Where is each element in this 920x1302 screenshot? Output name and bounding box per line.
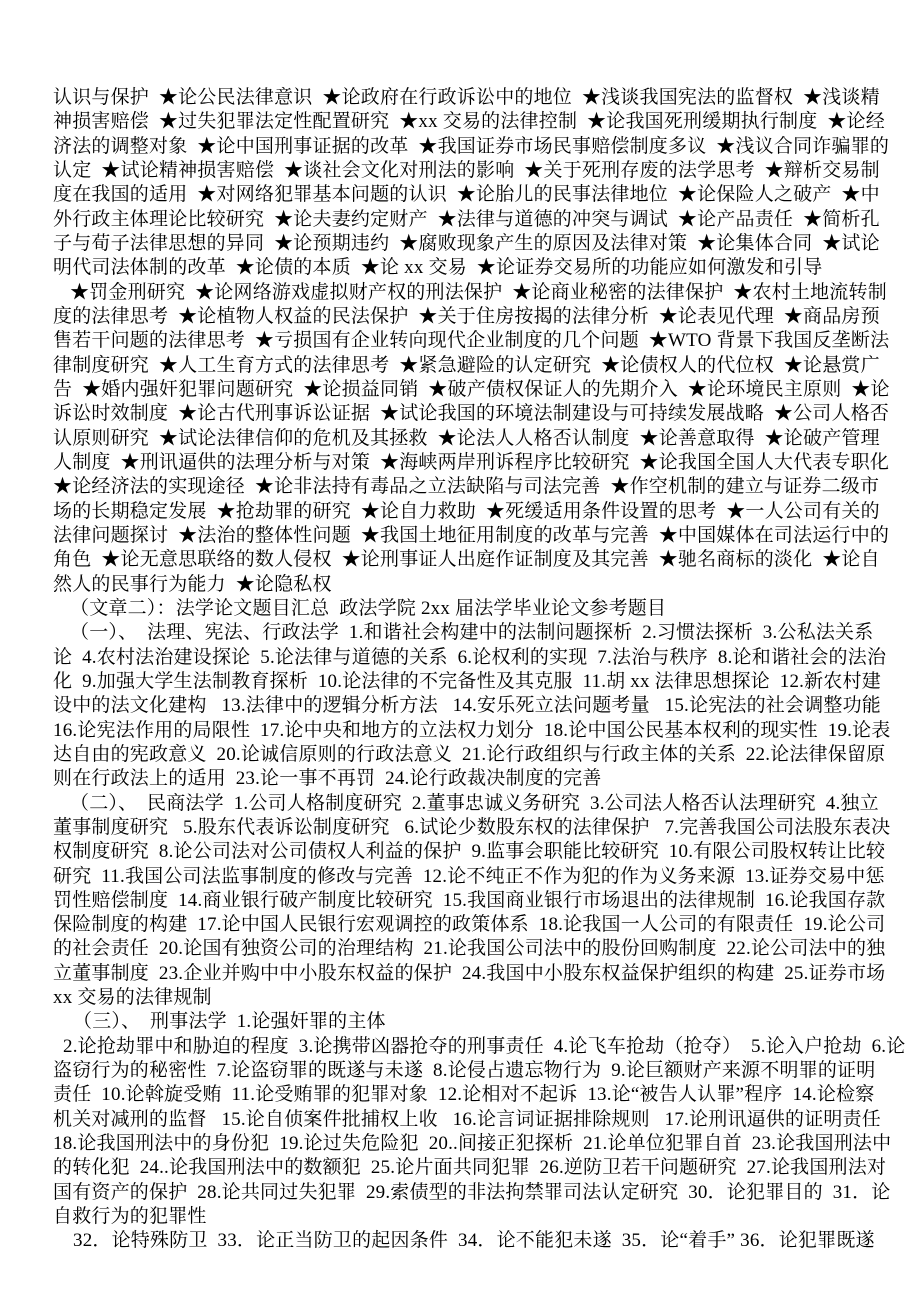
text-line: 度的法律思考 ★论植物人权益的民法保护 ★关于住房按揭的法律分析 ★论表见代理 … [53, 305, 906, 329]
text-line: 人制度 ★刑讯逼供的法理分析与对策 ★海峡两岸刑诉程序比较研究 ★论我国全国人大… [53, 451, 906, 475]
text-line: 然人的民事行为能力 ★论隐私权 [53, 573, 906, 597]
text-line: 国有资产的保护 28.论共同过失犯罪 29.索债型的非法拘禁罪司法认定研究 30… [53, 1181, 906, 1205]
text-line: 化 9.加强大学生法制教育探析 10.论法律的不完备性及其克服 11.胡 xx … [53, 670, 906, 694]
text-line: 立董事制度 23.企业并购中中小股东权益的保护 24.我国中小股东权益保护组织的… [53, 962, 906, 986]
text-line: 董事制度研究 5.股东代表诉讼制度研究 6.试论少数股东权的法律保护 7.完善我… [53, 816, 906, 840]
text-line: 32．论特殊防卫 33．论正当防卫的起因条件 34．论不能犯未遂 35．论“着手… [53, 1229, 906, 1253]
text-line: 认识与保护 ★论公民法律意识 ★论政府在行政诉讼中的地位 ★浅谈我国宪法的监督权… [53, 86, 906, 110]
text-line: 度在我国的适用 ★对网络犯罪基本问题的认识 ★论胎儿的民事法律地位 ★论保险人之… [53, 183, 906, 207]
text-line: 售若干问题的法律思考 ★亏损国有企业转向现代企业制度的几个问题 ★WTO 背景下… [53, 329, 906, 353]
text-line: 角色 ★论无意思联络的数人侵权 ★论刑事证人出庭作证制度及其完善 ★驰名商标的淡… [53, 548, 906, 572]
text-line: 的转化犯 24..论我国刑法中的数额犯 25.论片面共同犯罪 26.逆防卫若干问… [53, 1156, 906, 1180]
text-line: 保险制度的构建 17.论中国人民银行宏观调控的政策体系 18.论我国一人公司的有… [53, 913, 906, 937]
text-line: 场的长期稳定发展 ★抢劫罪的研究 ★论自力救助 ★死缓适用条件设置的思考 ★一人… [53, 500, 906, 524]
text-line: 权制度研究 8.论公司法对公司债权人利益的保护 9.监事会职能比较研究 10.有… [53, 840, 906, 864]
text-line: （一）、 法理、宪法、行政法学 1.和谐社会构建中的法制问题探析 2.习惯法探析… [53, 621, 906, 645]
text-line: （三）、 刑事法学 1.论强奸罪的主体 [53, 1010, 906, 1034]
text-line: 法律问题探讨 ★法治的整体性问题 ★我国土地征用制度的改革与完善 ★中国媒体在司… [53, 524, 906, 548]
text-line: 2.论抢劫罪中和胁迫的程度 3.论携带凶器抢夺的刑事责任 4.论飞车抢劫（抢夺）… [53, 1035, 906, 1059]
text-line: 诉讼时效制度 ★论古代刑事诉讼证据 ★试论我国的环境法制建设与可持续发展战略 ★… [53, 402, 906, 426]
text-line: 告 ★婚内强奸犯罪问题研究 ★论损益同销 ★破产债权保证人的先期介入 ★论环境民… [53, 378, 906, 402]
document-body: 认识与保护 ★论公民法律意识 ★论政府在行政诉讼中的地位 ★浅谈我国宪法的监督权… [53, 86, 906, 1254]
text-line: 外行政主体理论比较研究 ★论夫妻约定财产 ★法律与道德的冲突与调试 ★论产品责任… [53, 208, 906, 232]
text-line: 达自由的宪政意义 20.论诚信原则的行政法意义 21.论行政组织与行政主体的关系… [53, 743, 906, 767]
text-line: 16.论宪法作用的局限性 17.论中央和地方的立法权力划分 18.论中国公民基本… [53, 719, 906, 743]
text-line: 的社会责任 20.论国有独资公司的治理结构 21.论我国公司法中的股份回购制度 … [53, 937, 906, 961]
text-line: 责任 10.论斡旋受贿 11.论受贿罪的犯罪对象 12.论相对不起诉 13.论“… [53, 1083, 906, 1107]
text-line: xx 交易的法律规制 [53, 986, 906, 1010]
text-line: 明代司法体制的改革 ★论债的本质 ★论 xx 交易 ★论证券交易所的功能应如何激… [53, 256, 906, 280]
text-line: 盗窃行为的秘密性 7.论盗窃罪的既遂与未遂 8.论侵占遗忘物行为 9.论巨额财产… [53, 1059, 906, 1083]
text-line: 设中的法文化建构 13.法律中的逻辑分析方法 14.安乐死立法问题考量 15.论… [53, 694, 906, 718]
text-line: 研究 11.我国公司法监事制度的修改与完善 12.论不纯正不作为犯的作为义务来源… [53, 865, 906, 889]
text-line: 则在行政法上的适用 23.论一事不再罚 24.论行政裁决制度的完善 [53, 767, 906, 791]
text-line: 认原则研究 ★试论法律信仰的危机及其拯救 ★论法人人格否认制度 ★论善意取得 ★… [53, 427, 906, 451]
text-line: 18.论我国刑法中的身份犯 19.论过失危险犯 20..间接正犯探析 21.论单… [53, 1132, 906, 1156]
text-line: ★罚金刑研究 ★论网络游戏虚拟财产权的刑法保护 ★论商业秘密的法律保护 ★农村土… [53, 281, 906, 305]
text-line: 罚性赔偿制度 14.商业银行破产制度比较研究 15.我国商业银行市场退出的法律规… [53, 889, 906, 913]
text-line: 神损害赔偿 ★过失犯罪法定性配置研究 ★xx 交易的法律控制 ★论我国死刑缓期执… [53, 110, 906, 134]
text-line: 律制度研究 ★人工生育方式的法律思考 ★紧急避险的认定研究 ★论债权人的代位权 … [53, 354, 906, 378]
text-line: 子与荀子法律思想的异同 ★论预期违约 ★腐败现象产生的原因及法律对策 ★论集体合… [53, 232, 906, 256]
text-line: （文章二）：法学论文题目汇总 政法学院 2xx 届法学毕业论文参考题目 [53, 597, 906, 621]
text-line: 论 4.农村法治建设探论 5.论法律与道德的关系 6.论权利的实现 7.法治与秩… [53, 646, 906, 670]
document-page: 认识与保护 ★论公民法律意识 ★论政府在行政诉讼中的地位 ★浅谈我国宪法的监督权… [0, 0, 920, 1302]
text-line: （二）、 民商法学 1.公司人格制度研究 2.董事忠诚义务研究 3.公司法人格否… [53, 792, 906, 816]
text-line: 自救行为的犯罪性 [53, 1205, 906, 1229]
text-line: ★论经济法的实现途径 ★论非法持有毒品之立法缺陷与司法完善 ★作空机制的建立与证… [53, 475, 906, 499]
text-line: 认定 ★试论精神损害赔偿 ★谈社会文化对刑法的影响 ★关于死刑存废的法学思考 ★… [53, 159, 906, 183]
text-line: 机关对减刑的监督 15.论自侦案件批捕权上收 16.论言词证据排除规则 17.论… [53, 1108, 906, 1132]
text-line: 济法的调整对象 ★论中国刑事证据的改革 ★我国证券市场民事赔偿制度多议 ★浅议合… [53, 135, 906, 159]
